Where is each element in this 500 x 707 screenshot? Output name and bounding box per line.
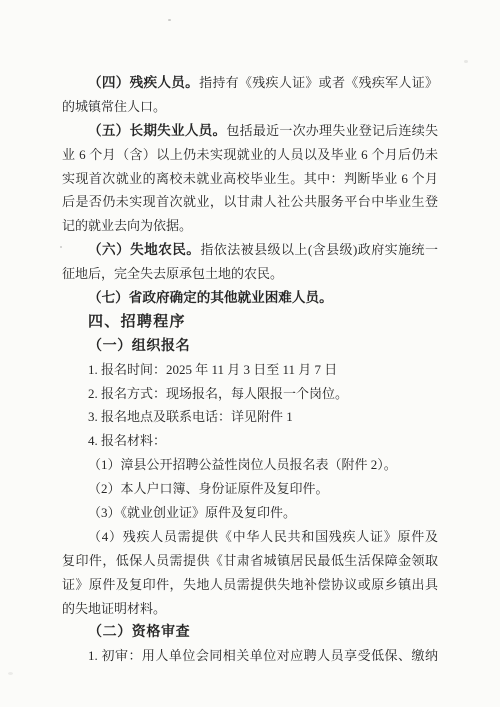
text-segment: 2. 报名方式：现场报名，每人限报一个岗位。	[88, 386, 348, 401]
scan-speck	[168, 19, 171, 21]
text-line: （2）本人户口簿、身份证原件及复印件。	[62, 477, 438, 501]
scan-speck	[60, 246, 62, 248]
heading-line: （一）组织报名	[62, 334, 438, 358]
bold-text-segment: （七）省政府确定的其他就业困难人员。	[88, 290, 333, 305]
text-segment: 3. 报名地点及联系电话：详见附件 1	[88, 409, 293, 424]
text-line: 的城镇常住人口。	[62, 95, 438, 119]
text-segment: 记的就业去向为依据。	[62, 218, 192, 233]
text-segment: 4. 报名材料：	[88, 433, 166, 448]
scan-speck	[8, 672, 13, 675]
heading-line: 四、招聘程序	[62, 310, 438, 334]
bold-text-segment: 四、招聘程序	[88, 314, 186, 330]
text-line: 证》原件及复印件，失地人员需提供失地补偿协议或原乡镇出具	[62, 573, 438, 597]
text-line: 记的就业去向为依据。	[62, 214, 438, 238]
text-segment: （3）《就业创业证》原件及复印件。	[88, 505, 296, 520]
bold-text-segment: （五）长期失业人员。	[88, 123, 226, 138]
text-segment: （4）残疾人员需提供《中华人民共和国残疾人证》原件及	[88, 529, 438, 544]
text-line: （3）《就业创业证》原件及复印件。	[62, 501, 438, 525]
text-segment: 的城镇常住人口。	[62, 99, 166, 114]
text-line: 4. 报名材料：	[62, 429, 438, 453]
text-line: （4）残疾人员需提供《中华人民共和国残疾人证》原件及	[62, 525, 438, 549]
text-segment: 指持有《残疾人证》或者《残疾军人证》	[199, 75, 438, 90]
scanned-document-page: （四）残疾人员。指持有《残疾人证》或者《残疾军人证》的城镇常住人口。（五）长期失…	[0, 0, 500, 707]
text-line: （六）失地农民。指依法被县级以上(含县级)政府实施统一	[62, 238, 438, 262]
document-body: （四）残疾人员。指持有《残疾人证》或者《残疾军人证》的城镇常住人口。（五）长期失…	[62, 71, 438, 668]
text-segment: 实现首次就业的离校未就业高校毕业生。其中：判断毕业 6 个月	[62, 171, 438, 186]
text-line: （四）残疾人员。指持有《残疾人证》或者《残疾军人证》	[62, 71, 438, 95]
text-segment: （2）本人户口簿、身份证原件及复印件。	[88, 481, 329, 496]
bold-text-segment: （六）失地农民。	[88, 242, 200, 257]
bold-text-segment: （一）组织报名	[88, 339, 190, 354]
text-line: （七）省政府确定的其他就业困难人员。	[62, 286, 438, 310]
bold-text-segment: （四）残疾人员。	[88, 75, 199, 90]
text-segment: 证》原件及复印件，失地人员需提供失地补偿协议或原乡镇出具	[62, 577, 438, 592]
text-segment: 征地后，完全失去原承包土地的农民。	[62, 266, 283, 281]
text-line: 后是否仍未实现首次就业，以甘肃人社公共服务平台中毕业生登	[62, 190, 438, 214]
text-segment: 复印件，低保人员需提供《甘肃省城镇居民最低生活保障金领取	[62, 553, 438, 568]
text-line: 复印件，低保人员需提供《甘肃省城镇居民最低生活保障金领取	[62, 549, 438, 573]
text-segment: 业 6 个月（含）以上仍未实现就业的人员以及毕业 6 个月后仍未	[62, 147, 438, 162]
text-line: （1）漳县公开招聘公益性岗位人员报名表（附件 2）。	[62, 453, 438, 477]
text-line: 的失地证明材料。	[62, 597, 438, 621]
text-segment: 1. 初审：用人单位会同相关单位对应聘人员享受低保、缴纳社	[62, 648, 438, 668]
text-segment: 指依法被县级以上(含县级)政府实施统一	[200, 242, 438, 257]
heading-line: （二）资格审查	[62, 620, 438, 644]
text-segment: 后是否仍未实现首次就业，以甘肃人社公共服务平台中毕业生登	[62, 194, 438, 209]
text-segment: （1）漳县公开招聘公益性岗位人员报名表（附件 2）。	[88, 457, 397, 472]
text-line: 3. 报名地点及联系电话：详见附件 1	[62, 405, 438, 429]
bold-text-segment: （二）资格审查	[88, 625, 190, 640]
text-segment: 的失地证明材料。	[62, 601, 166, 616]
scan-speck	[464, 60, 468, 63]
text-line: 1. 报名时间：2025 年 11 月 3 日至 11 月 7 日	[62, 358, 438, 382]
text-line: 2. 报名方式：现场报名，每人限报一个岗位。	[62, 382, 438, 406]
text-segment: 包括最近一次办理失业登记后连续失	[226, 123, 438, 138]
text-line: （五）长期失业人员。包括最近一次办理失业登记后连续失	[62, 119, 438, 143]
text-line: 实现首次就业的离校未就业高校毕业生。其中：判断毕业 6 个月	[62, 167, 438, 191]
text-line: 业 6 个月（含）以上仍未实现就业的人员以及毕业 6 个月后仍未	[62, 143, 438, 167]
text-segment: 1. 报名时间：2025 年 11 月 3 日至 11 月 7 日	[88, 362, 337, 377]
text-line: 1. 初审：用人单位会同相关单位对应聘人员享受低保、缴纳社	[62, 644, 438, 668]
text-line: 征地后，完全失去原承包土地的农民。	[62, 262, 438, 286]
